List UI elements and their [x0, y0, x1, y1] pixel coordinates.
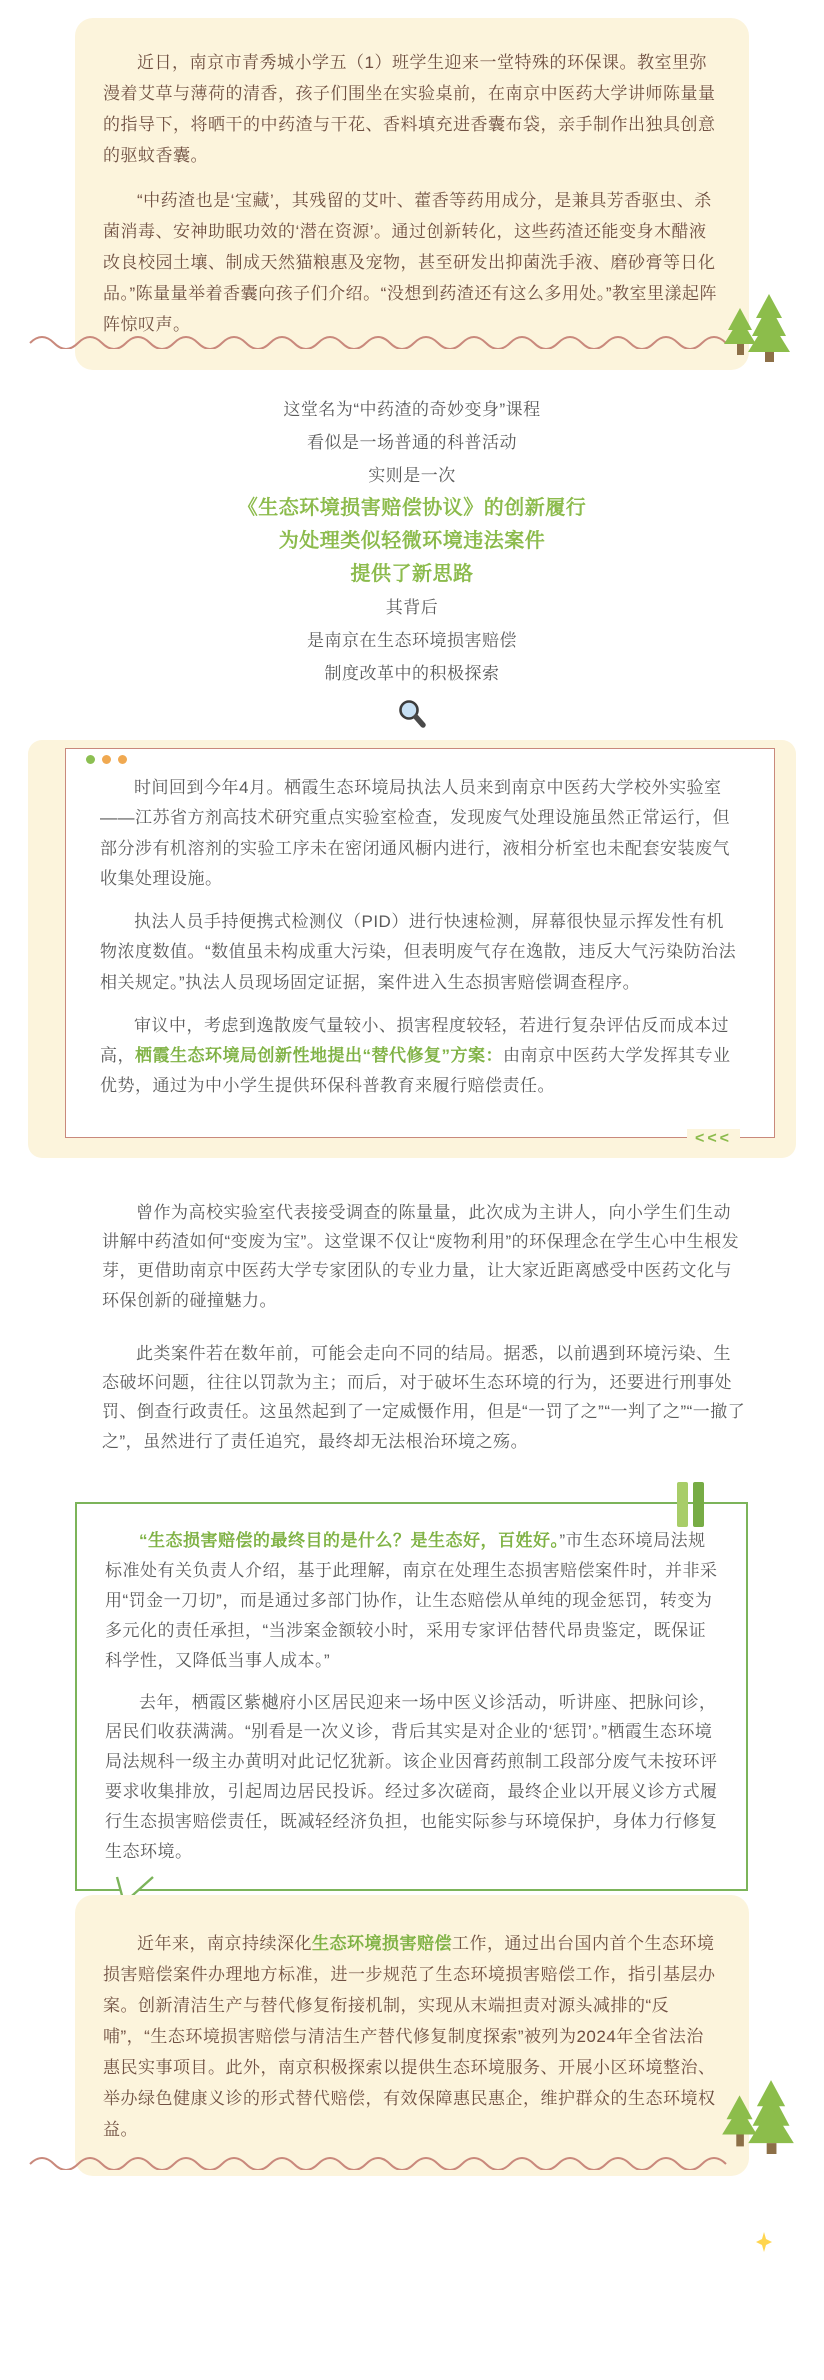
analysis-section: 曾作为高校实验室代表接受调查的陈量量，此次成为主讲人，向小学生们生动讲解中药渣如…	[102, 1198, 747, 1456]
intro-paragraph-1: 近日，南京市青秀城小学五（1）班学生迎来一堂特殊的环保课。教室里弥漫着艾草与薄荷…	[103, 48, 721, 172]
summary-paragraph: 近年来，南京持续深化生态环境损害赔偿工作，通过出台国内首个生态环境损害赔偿案件办…	[103, 1929, 721, 2146]
three-dots-icon	[86, 744, 134, 774]
quote-p1-highlight: “生态损害赔偿的最终目的是什么？是生态好，百姓好。	[139, 1531, 560, 1550]
lede-line-highlight: 提供了新思路	[0, 558, 824, 591]
lede-line: 看似是一场普通的科普活动	[0, 426, 824, 459]
pause-bar-dark	[693, 1482, 704, 1527]
summary-cream-box: 近年来，南京持续深化生态环境损害赔偿工作，通过出台国内首个生态环境损害赔偿案件办…	[75, 1895, 749, 2176]
dot-orange	[118, 755, 127, 764]
lede-line: 是南京在生态环境损害赔偿	[0, 624, 824, 657]
wavy-divider	[28, 331, 728, 354]
case-paragraph-3: 审议中，考虑到逸散废气量较小、损害程度较轻，若进行复杂评估反而成本过高，栖霞生态…	[100, 1011, 740, 1102]
summary-suffix: 工作，通过出台国内首个生态环境损害赔偿案件办理地方标准，进一步规范了生态环境损害…	[103, 1934, 716, 2139]
lede-line: 其背后	[0, 591, 824, 624]
summary-highlight: 生态环境损害赔偿	[312, 1934, 452, 1953]
quote-green-box: “生态损害赔偿的最终目的是什么？是生态好，百姓好。”市生态环境局法规标准处有关负…	[75, 1502, 748, 1891]
dot-orange	[102, 755, 111, 764]
sparkle-icon	[756, 2232, 772, 2257]
lede-line: 这堂名为“中药渣的奇妙变身”课程	[0, 393, 824, 426]
intro-cream-box: 近日，南京市青秀城小学五（1）班学生迎来一堂特殊的环保课。教室里弥漫着艾草与薄荷…	[75, 18, 749, 370]
analysis-paragraph-1: 曾作为高校实验室代表接受调查的陈量量，此次成为主讲人，向小学生们生动讲解中药渣如…	[102, 1198, 747, 1315]
magnifier-icon	[0, 698, 824, 737]
case-bordered-card: 时间回到今年4月。栖霞生态环境局执法人员来到南京中医药大学校外实验室——江苏省方…	[65, 748, 775, 1138]
quote-p1-rest: ”市生态环境局法规标准处有关负责人介绍，基于此理解，南京在处理生态损害赔偿案件时…	[105, 1531, 718, 1670]
pause-bars-icon	[677, 1482, 704, 1527]
analysis-paragraph-2: 此类案件若在数年前，可能会走向不同的结局。据悉，以前遇到环境污染、生态破坏问题，…	[102, 1339, 747, 1456]
case-p3-highlight: 栖霞生态环境局创新性地提出“替代修复”方案：	[135, 1046, 503, 1065]
intro-paragraph-2: “中药渣也是‘宝藏’，其残留的艾叶、藿香等药用成分，是兼具芳香驱虫、杀菌消毒、安…	[103, 186, 721, 341]
wavy-divider	[28, 2152, 728, 2175]
quote-paragraph-2: 去年，栖霞区紫樾府小区居民迎来一场中医义诊活动，听讲座、把脉问诊，居民们收获满满…	[105, 1688, 718, 1867]
triple-chevron-left-icon: <<<	[687, 1129, 740, 1149]
pause-bar-light	[677, 1482, 688, 1527]
lede-line-highlight: 为处理类似轻微环境违法案件	[0, 525, 824, 558]
case-cream-panel: 时间回到今年4月。栖霞生态环境局执法人员来到南京中医药大学校外实验室——江苏省方…	[28, 740, 796, 1158]
dot-green	[86, 755, 95, 764]
pine-trees-icon	[722, 2078, 794, 2159]
lede-line-highlight: 《生态环境损害赔偿协议》的创新履行	[0, 492, 824, 525]
case-paragraph-2: 执法人员手持便携式检测仪（PID）进行快速检测，屏幕很快显示挥发性有机物浓度数值…	[100, 907, 740, 998]
article-page: 近日，南京市青秀城小学五（1）班学生迎来一堂特殊的环保课。教室里弥漫着艾草与薄荷…	[0, 0, 824, 2380]
lede-line: 制度改革中的积极探索	[0, 657, 824, 690]
summary-prefix: 近年来，南京持续深化	[137, 1934, 312, 1953]
lede-section: 这堂名为“中药渣的奇妙变身”课程 看似是一场普通的科普活动 实则是一次 《生态环…	[0, 393, 824, 737]
case-paragraph-1: 时间回到今年4月。栖霞生态环境局执法人员来到南京中医药大学校外实验室——江苏省方…	[100, 773, 740, 894]
lede-line: 实则是一次	[0, 459, 824, 492]
pine-trees-icon	[724, 292, 790, 367]
quote-paragraph-1: “生态损害赔偿的最终目的是什么？是生态好，百姓好。”市生态环境局法规标准处有关负…	[105, 1526, 718, 1676]
